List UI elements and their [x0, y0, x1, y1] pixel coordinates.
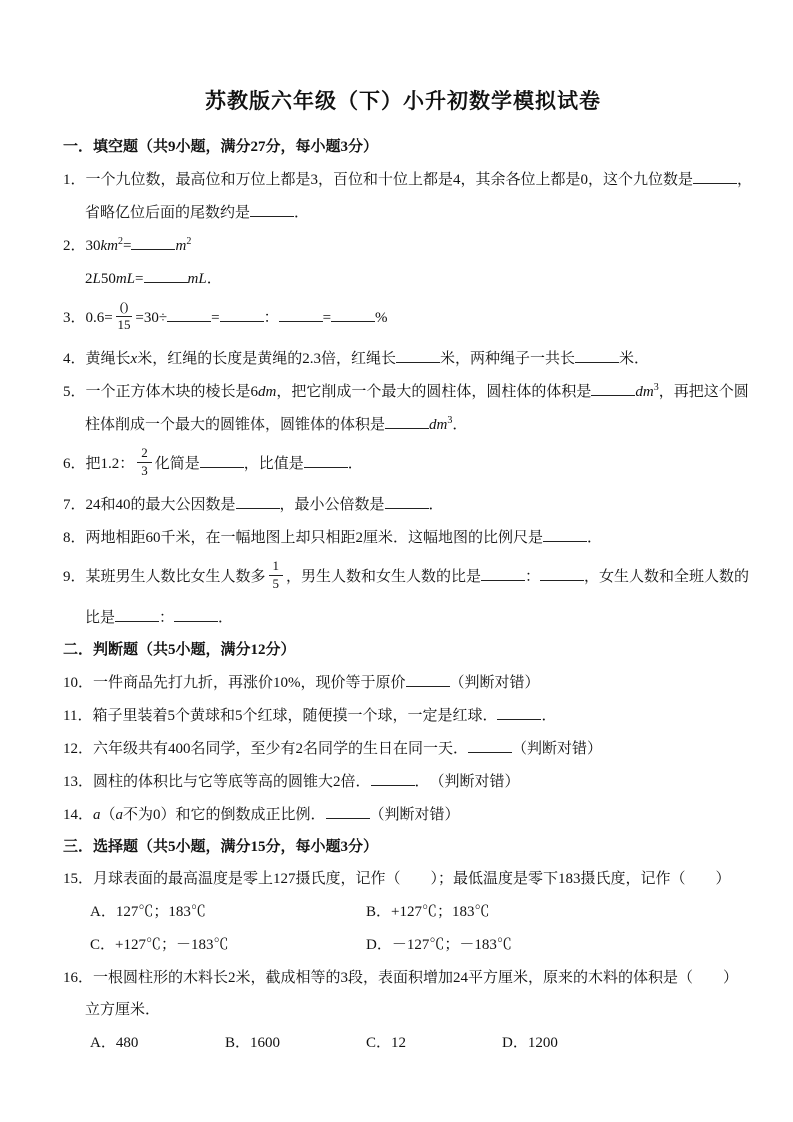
text-run: 13．圆柱的体积比与它等底等高的圆锥大2倍． [63, 774, 371, 790]
math-variable: dm [635, 384, 653, 400]
q4-line-1: 4．黄绳长x米，红绳的长度是黄绳的2.3倍，红绳长米，两种绳子一共长米． [63, 347, 743, 370]
q14-line-1: 14．a（a不为0）和它的倒数成正比例．（判断对错） [63, 803, 743, 826]
text-run: 2 [85, 271, 93, 287]
text-run: =30÷ [135, 310, 167, 326]
text-run: ，男生人数和女生人数的比是 [286, 569, 481, 585]
answer-blank [115, 606, 159, 622]
text-run: 不为0）和它的倒数成正比例． [123, 807, 326, 823]
text-run: （判断对错） [370, 807, 460, 823]
q1-line-1: 1．一个九位数，最高位和万位上都是3，百位和十位上都是4，其余各位上都是0，这个… [63, 168, 743, 191]
q11-line-1: 11．箱子里装着5个黄球和5个红球，随便摸一个球，一定是红球．． [63, 704, 743, 727]
q3-line-1: 3．0.6=()15=30÷=：=% [63, 300, 743, 337]
text-run: 5．一个正方体木块的棱长是6 [63, 384, 258, 400]
math-variable: km [101, 238, 119, 254]
answer-blank [693, 168, 737, 184]
option-item: D．1200 [502, 1032, 558, 1054]
exam-title: 苏教版六年级（下）小升初数学模拟试卷 [63, 88, 743, 114]
section-1-heading: 一．填空题（共9小题，满分27分，每小题3分） [63, 136, 743, 158]
answer-blank [279, 306, 323, 322]
text-run: 14． [63, 807, 93, 823]
q13-line-1: 13．圆柱的体积比与它等底等高的圆锥大2倍．． （判断对错） [63, 770, 743, 793]
answer-blank [304, 452, 348, 468]
text-run: 化简是 [155, 456, 200, 472]
q16-line-2: 立方厘米． [63, 999, 743, 1021]
math-variable: L [93, 271, 101, 287]
fraction-denominator: 3 [137, 463, 152, 479]
fraction: 23 [137, 446, 152, 479]
text-run: （判断对错） [450, 675, 540, 691]
answer-blank [326, 803, 370, 819]
exam-body: 一．填空题（共9小题，满分27分，每小题3分）1．一个九位数，最高位和万位上都是… [63, 136, 743, 1054]
text-run: 6．把1.2： [63, 456, 134, 472]
q5-line-2: 柱体削成一个最大的圆锥体，圆锥体的体积是dm3． [63, 413, 743, 436]
q15-options-row-1: A．127℃；183℃B．+127℃；183℃ [63, 901, 743, 923]
text-run: 2．30 [63, 238, 101, 254]
text-run: ， [737, 172, 752, 188]
option-item: C．12 [366, 1032, 406, 1054]
text-run: ． [429, 497, 444, 513]
text-run: ，再把这个圆 [659, 384, 749, 400]
text-run: 11．箱子里装着5个黄球和5个红球，随便摸一个球，一定是红球． [63, 708, 497, 724]
answer-blank [167, 306, 211, 322]
text-run: 省略亿位后面的尾数约是 [85, 205, 250, 221]
answer-blank [331, 306, 375, 322]
q8-line-1: 8．两地相距60千米，在一幅地图上却只相距2厘米．这幅地图的比例尺是． [63, 526, 743, 549]
text-run: 3．0.6= [63, 310, 113, 326]
option-item: D．－127℃；－183℃ [366, 934, 512, 956]
text-run: ． [218, 610, 233, 626]
text-run: 米，红绳的长度是黄绳的2.3倍，红绳长 [137, 351, 396, 367]
answer-blank [543, 526, 587, 542]
text-run: ． [452, 417, 467, 433]
fraction-numerator: 2 [137, 446, 152, 463]
answer-blank [575, 347, 619, 363]
superscript: 2 [186, 236, 191, 247]
text-run: ： [264, 310, 279, 326]
answer-blank [406, 671, 450, 687]
text-run: ． [207, 271, 222, 287]
option-item: C．+127℃；－183℃ [90, 934, 228, 956]
option-item: A．127℃；183℃ [90, 901, 206, 923]
text-run: ． [348, 456, 363, 472]
answer-blank [385, 493, 429, 509]
text-run: 12．六年级共有400名同学，至少有2名同学的生日在同一天． [63, 741, 468, 757]
text-run: （ [101, 807, 116, 823]
answer-blank [200, 452, 244, 468]
answer-blank [371, 770, 415, 786]
q16-options-row-1: A．480B．1600C．12D．1200 [63, 1032, 743, 1054]
answer-blank [540, 565, 584, 581]
option-item: B．1600 [225, 1032, 280, 1054]
q9-line-2: 比是：． [63, 606, 743, 629]
q7-line-1: 7．24和40的最大公因数是，最小公倍数是． [63, 493, 743, 516]
math-variable: a [116, 807, 124, 823]
text-run: ，女生人数和全班人数的 [584, 569, 749, 585]
math-variable: dm [429, 417, 447, 433]
q5-line-1: 5．一个正方体木块的棱长是6dm，把它削成一个最大的圆柱体，圆柱体的体积是dm3… [63, 380, 743, 403]
q10-line-1: 10．一件商品先打九折，再涨价10%，现价等于原价（判断对错） [63, 671, 743, 694]
math-variable: dm [258, 384, 276, 400]
answer-blank [385, 413, 429, 429]
fraction: ()15 [116, 300, 133, 333]
answer-blank [497, 704, 541, 720]
text-run: 9．某班男生人数比女生人数多 [63, 569, 266, 585]
exam-page: 苏教版六年级（下）小升初数学模拟试卷 一．填空题（共9小题，满分27分，每小题3… [0, 0, 793, 1122]
fraction: 15 [269, 559, 284, 592]
fraction-denominator: 5 [269, 576, 284, 592]
text-run: ． （判断对错） [415, 774, 520, 790]
text-run: 柱体削成一个最大的圆锥体，圆锥体的体积是 [85, 417, 385, 433]
math-variable: a [93, 807, 101, 823]
answer-blank [131, 234, 175, 250]
exam-content: 苏教版六年级（下）小升初数学模拟试卷 一．填空题（共9小题，满分27分，每小题3… [0, 0, 793, 1054]
text-run: ． [541, 708, 556, 724]
text-run: 1．一个九位数，最高位和万位上都是3，百位和十位上都是4，其余各位上都是0，这个… [63, 172, 693, 188]
text-run: = [135, 271, 143, 287]
text-run: = [211, 310, 219, 326]
q12-line-1: 12．六年级共有400名同学，至少有2名同学的生日在同一天．（判断对错） [63, 737, 743, 760]
answer-blank [220, 306, 264, 322]
answer-blank [144, 267, 188, 283]
q2-line-1: 2．30km2=m2 [63, 234, 743, 257]
text-run: 米． [619, 351, 649, 367]
q15-line-1: 15．月球表面的最高温度是零上127摄氏度，记作（ ）；最低温度是零下183摄氏… [63, 868, 743, 890]
text-run: 10．一件商品先打九折，再涨价10%，现价等于原价 [63, 675, 406, 691]
text-run: 4．黄绳长 [63, 351, 131, 367]
text-run: （判断对错） [512, 741, 602, 757]
text-run: = [123, 238, 131, 254]
text-run: 15．月球表面的最高温度是零上127摄氏度，记作（ ）；最低温度是零下183摄氏… [63, 871, 731, 887]
text-run: 米，两种绳子一共长 [440, 351, 575, 367]
math-variable: mL [188, 271, 207, 287]
answer-blank [236, 493, 280, 509]
text-run: 比是 [85, 610, 115, 626]
text-run: ，把它削成一个最大的圆柱体，圆柱体的体积是 [276, 384, 591, 400]
text-run: % [375, 310, 388, 326]
text-run: ，最小公倍数是 [280, 497, 385, 513]
fraction-numerator: () [116, 300, 133, 317]
q9-line-1: 9．某班男生人数比女生人数多15，男生人数和女生人数的比是：，女生人数和全班人数… [63, 559, 743, 596]
q6-line-1: 6．把1.2：23化简是，比值是． [63, 446, 743, 483]
q1-line-2: 省略亿位后面的尾数约是． [63, 201, 743, 224]
q15-options-row-2: C．+127℃；－183℃D．－127℃；－183℃ [63, 934, 743, 956]
answer-blank [250, 201, 294, 217]
answer-blank [468, 737, 512, 753]
q2-line-2: 2L50mL=mL． [63, 267, 743, 290]
text-run: ，比值是 [244, 456, 304, 472]
fraction-denominator: 15 [116, 317, 133, 333]
text-run: 立方厘米． [85, 1002, 160, 1018]
text-run: ： [525, 569, 540, 585]
fraction-numerator: 1 [269, 559, 284, 576]
section-3-heading: 三．选择题（共5小题，满分15分，每小题3分） [63, 836, 743, 858]
q16-line-1: 16．一根圆柱形的木料长2米，截成相等的3段，表面积增加24平方厘米，原来的木料… [63, 967, 743, 989]
text-run: ． [587, 530, 602, 546]
text-run: = [323, 310, 331, 326]
text-run: 50 [101, 271, 116, 287]
math-variable: m [175, 238, 186, 254]
answer-blank [481, 565, 525, 581]
section-2-heading: 二．判断题（共5小题，满分12分） [63, 639, 743, 661]
option-item: B．+127℃；183℃ [366, 901, 489, 923]
text-run: 16．一根圆柱形的木料长2米，截成相等的3段，表面积增加24平方厘米，原来的木料… [63, 970, 738, 986]
text-run: ． [294, 205, 309, 221]
text-run: 7．24和40的最大公因数是 [63, 497, 236, 513]
text-run: ： [159, 610, 174, 626]
math-variable: mL [116, 271, 135, 287]
option-item: A．480 [90, 1032, 138, 1054]
answer-blank [396, 347, 440, 363]
answer-blank [174, 606, 218, 622]
text-run: 8．两地相距60千米，在一幅地图上却只相距2厘米．这幅地图的比例尺是 [63, 530, 543, 546]
answer-blank [591, 380, 635, 396]
